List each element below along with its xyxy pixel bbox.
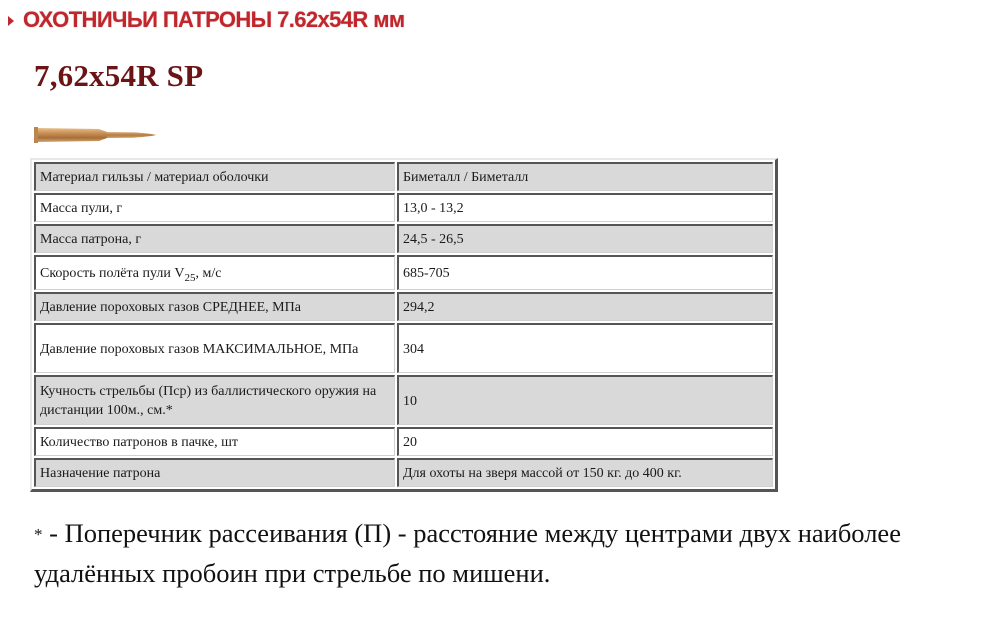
spec-label: Масса пули, г: [34, 193, 395, 222]
product-title: 7,62x54R SP: [34, 58, 203, 94]
table-row: Масса пули, г13,0 - 13,2: [34, 193, 773, 222]
spec-label-text: Масса пули, г: [40, 201, 122, 216]
spec-label-text: Давление пороховых газов СРЕДНЕЕ, МПа: [40, 300, 301, 315]
triangle-right-icon: [8, 16, 14, 26]
spec-value: 13,0 - 13,2: [397, 193, 773, 222]
spec-label: Масса патрона, г: [34, 224, 395, 253]
spec-label-text: Давление пороховых газов МАКСИМАЛЬНОЕ, М…: [40, 342, 358, 357]
spec-value: 24,5 - 26,5: [397, 224, 773, 253]
table-row: Скорость полёта пули V25, м/с685-705: [34, 255, 773, 290]
table-row: Количество патронов в пачке, шт20: [34, 427, 773, 456]
spec-label: Давление пороховых газов МАКСИМАЛЬНОЕ, М…: [34, 323, 395, 373]
spec-label-suffix: , м/с: [195, 266, 221, 281]
spec-table: Материал гильзы / материал оболочкиБимет…: [30, 158, 778, 492]
table-row: Кучность стрельбы (Пср) из баллистическо…: [34, 375, 773, 425]
spec-label-subscript: 25: [184, 272, 195, 284]
spec-label: Скорость полёта пули V25, м/с: [34, 255, 395, 290]
spec-value: 20: [397, 427, 773, 456]
cartridge-image: [33, 124, 157, 146]
spec-value: 10: [397, 375, 773, 425]
spec-label: Количество патронов в пачке, шт: [34, 427, 395, 456]
table-row: Назначение патронаДля охоты на зверя мас…: [34, 458, 773, 487]
spec-label: Давление пороховых газов СРЕДНЕЕ, МПа: [34, 292, 395, 321]
spec-label-text: Количество патронов в пачке, шт: [40, 435, 238, 450]
spec-label: Материал гильзы / материал оболочки: [34, 162, 395, 191]
spec-value: 294,2: [397, 292, 773, 321]
spec-label-text: Масса патрона, г: [40, 232, 141, 247]
spec-label-text: Материал гильзы / материал оболочки: [40, 170, 269, 185]
table-row: Давление пороховых газов СРЕДНЕЕ, МПа294…: [34, 292, 773, 321]
spec-label-text: Кучность стрельбы (Пср) из баллистическо…: [40, 384, 376, 418]
table-row: Масса патрона, г24,5 - 26,5: [34, 224, 773, 253]
spec-label-text: Назначение патрона: [40, 466, 160, 481]
footnote: * - Поперечник рассеивания (П) - расстоя…: [34, 514, 984, 592]
section-title: ОХОТНИЧЬИ ПАТРОНЫ 7.62x54R мм: [23, 7, 405, 33]
footnote-star: *: [34, 525, 43, 544]
footnote-text: - Поперечник рассеивания (П) - расстояни…: [34, 518, 901, 588]
section-header[interactable]: ОХОТНИЧЬИ ПАТРОНЫ 7.62x54R мм: [8, 6, 405, 34]
spec-value: Для охоты на зверя массой от 150 кг. до …: [397, 458, 773, 487]
spec-label: Назначение патрона: [34, 458, 395, 487]
spec-label-text: Скорость полёта пули V: [40, 266, 184, 281]
table-row: Материал гильзы / материал оболочкиБимет…: [34, 162, 773, 191]
spec-value: Биметалл / Биметалл: [397, 162, 773, 191]
spec-value: 685-705: [397, 255, 773, 290]
spec-label: Кучность стрельбы (Пср) из баллистическо…: [34, 375, 395, 425]
spec-value: 304: [397, 323, 773, 373]
table-row: Давление пороховых газов МАКСИМАЛЬНОЕ, М…: [34, 323, 773, 373]
